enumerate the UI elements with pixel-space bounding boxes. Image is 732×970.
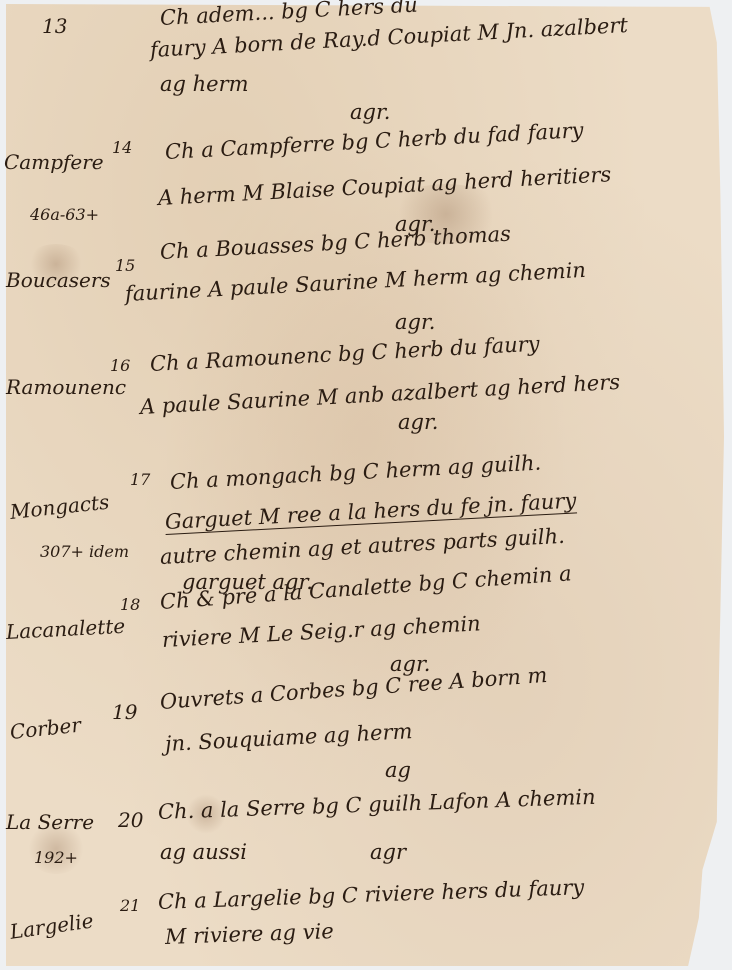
entry-number: 21 <box>120 896 140 915</box>
entry-number: 13 <box>42 14 67 38</box>
entry-number: 19 <box>112 700 137 724</box>
entry-number: 16 <box>110 356 130 375</box>
entry-number: 18 <box>120 595 140 614</box>
entry-line: agr. <box>395 310 435 334</box>
margin-note: 192+ <box>34 848 78 867</box>
entry-line: agr <box>370 840 406 864</box>
margin-label: La Serre <box>6 810 94 834</box>
entry-number: 14 <box>112 138 132 157</box>
margin-label: Boucasers <box>6 268 111 292</box>
margin-note: 307+ idem <box>40 542 129 561</box>
entry-number: 20 <box>118 808 143 832</box>
entry-line: ag aussi <box>160 840 247 864</box>
margin-label: Ramounenc <box>6 375 126 399</box>
entry-number: 17 <box>130 470 150 489</box>
entry-line: agr. <box>350 100 390 124</box>
entry-line: ag herm <box>160 72 249 96</box>
margin-note: 46a-63+ <box>30 205 99 224</box>
entry-number: 15 <box>115 256 135 275</box>
entry-line: ag <box>385 758 411 782</box>
margin-label: Campfere <box>4 150 104 174</box>
entry-line: agr. <box>398 410 438 434</box>
